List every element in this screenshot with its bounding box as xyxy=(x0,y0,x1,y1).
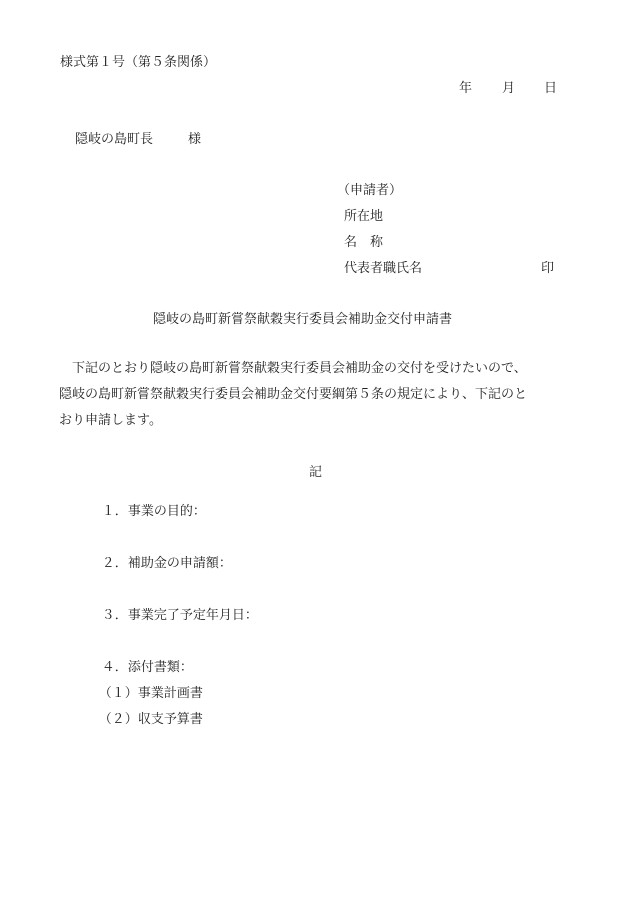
item-number: ３． xyxy=(102,608,128,623)
list-item: １．事業の目的： xyxy=(77,492,206,531)
item-label: 事業完了予定年月日： xyxy=(128,608,258,623)
form-number: 様式第１号（第５条関係） xyxy=(60,56,216,69)
item-label: 添付書類： xyxy=(128,660,193,675)
item-number: １． xyxy=(102,504,128,519)
body-line-1: 下記のとおり隠岐の島町新嘗祭献穀実行委員会補助金の交付を受けたいので、 xyxy=(59,356,574,382)
document-title: 隠岐の島町新嘗祭献穀実行委員会補助金交付申請書 xyxy=(153,313,452,326)
attachment-item: （２）収支予算書 xyxy=(74,700,203,739)
attachment-number: （１） xyxy=(99,686,138,701)
applicant-name-label: 名 称 xyxy=(344,236,383,249)
item-number: ２． xyxy=(102,556,128,571)
seal-label: 印 xyxy=(541,262,554,275)
list-item: ２．補助金の申請額： xyxy=(77,544,232,583)
item-label: 事業の目的： xyxy=(128,504,206,519)
applicant-representative-label: 代表者職氏名 xyxy=(344,262,422,275)
attachment-label: 事業計画書 xyxy=(138,686,203,701)
date-month-label: 月 xyxy=(502,82,515,95)
attachment-number: （２） xyxy=(99,712,138,727)
item-number: ４． xyxy=(102,660,128,675)
body-line-3: おり申請します。 xyxy=(59,408,574,434)
addressee-honorific: 様 xyxy=(188,133,201,146)
record-label: 記 xyxy=(309,466,322,479)
addressee-name: 隠岐の島町長 xyxy=(75,133,153,146)
item-label: 補助金の申請額： xyxy=(128,556,232,571)
applicant-heading: （申請者） xyxy=(337,184,402,197)
body-line-2: 隠岐の島町新嘗祭献穀実行委員会補助金交付要綱第５条の規定により、下記のと xyxy=(59,382,574,408)
applicant-address-label: 所在地 xyxy=(344,210,383,223)
date-day-label: 日 xyxy=(544,82,557,95)
list-item: ３．事業完了予定年月日： xyxy=(77,596,258,635)
date-year-label: 年 xyxy=(459,82,472,95)
attachment-label: 収支予算書 xyxy=(138,712,203,727)
